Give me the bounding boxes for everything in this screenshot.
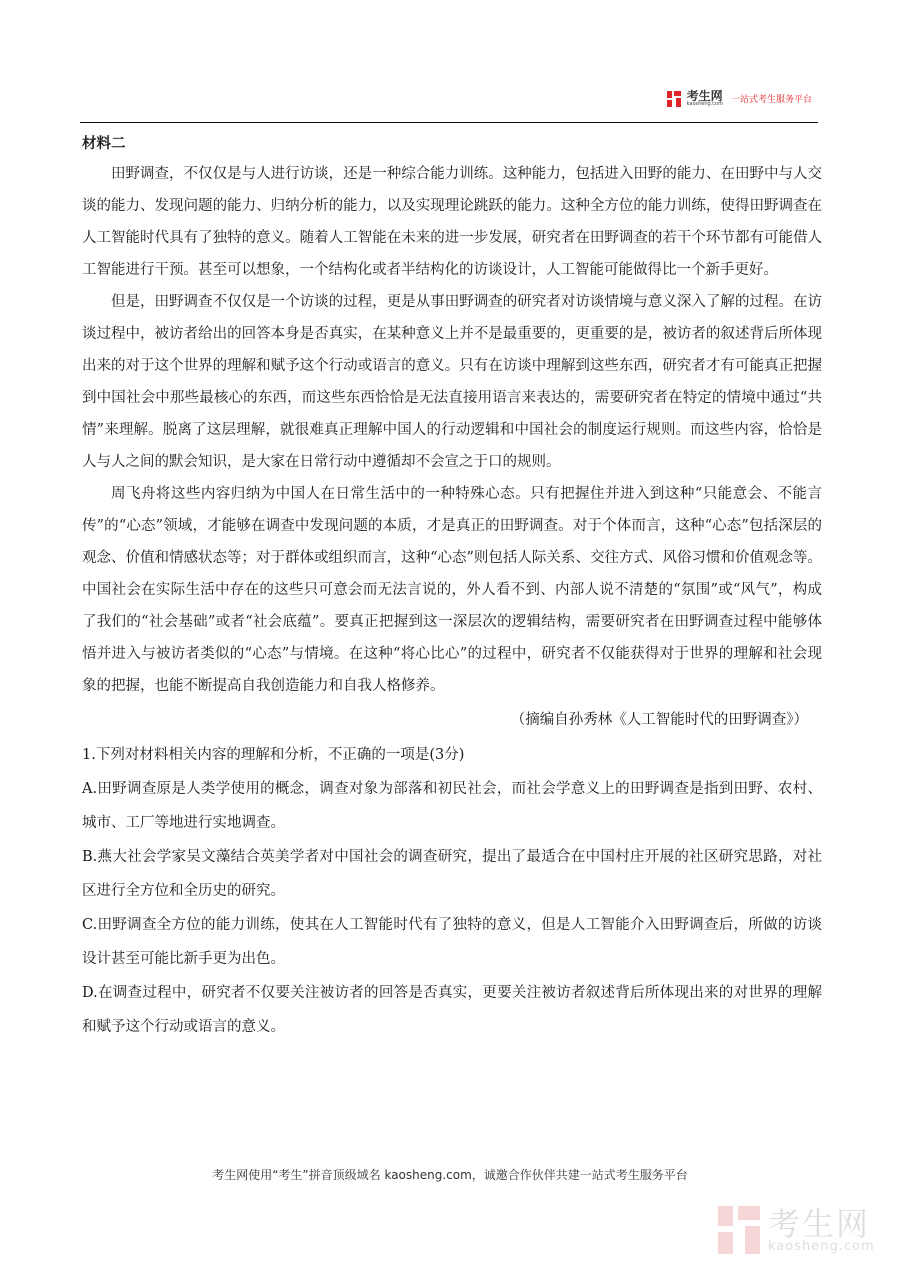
option-a: A.田野调查原是人类学使用的概念，调查对象为部落和初民社会，而社会学意义上的田野…: [82, 772, 822, 840]
watermark-logo: 考生网 kaosheng.com: [718, 1206, 875, 1254]
watermark-domain: kaosheng.com: [768, 1240, 875, 1253]
material-paragraph-1: 田野调查，不仅仅是与人进行访谈，还是一种综合能力训练。这种能力，包括进入田野的能…: [82, 158, 822, 286]
material-paragraph-3: 周飞舟将这些内容归纳为中国人在日常生活中的一种特殊心态。只有把握住并进入到这种“…: [82, 478, 822, 702]
watermark-name: 考生网: [768, 1208, 875, 1240]
page-header: 考生网 kaosheng.com 一站式考生服务平台: [80, 88, 818, 123]
footer-notice: 考生网使用“考生”拼音顶级域名 kaosheng.com，诚邀合作伙伴共建一站式…: [0, 1166, 900, 1183]
option-d: D.在调查过程中，研究者不仅要关注被访者的回答是否真实，更要关注被访者叙述背后所…: [82, 976, 822, 1044]
document-body: 材料二 田野调查，不仅仅是与人进行访谈，还是一种综合能力训练。这种能力，包括进入…: [82, 130, 822, 1044]
material-title: 材料二: [82, 130, 822, 158]
option-b: B.燕大社会学家吴文藻结合英美学者对中国社会的调查研究，提出了最适合在中国村庄开…: [82, 840, 822, 908]
option-c: C.田野调查全方位的能力训练，使其在人工智能时代有了独特的意义，但是人工智能介入…: [82, 908, 822, 976]
brand-logo: 考生网 kaosheng.com 一站式考生服务平台: [667, 90, 812, 107]
material-source: （摘编自孙秀林《人工智能时代的田野调查》）: [82, 702, 822, 738]
kaosheng-logo-icon: [667, 91, 681, 107]
material-paragraph-2: 但是，田野调查不仅仅是一个访谈的过程，更是从事田野调查的研究者对访谈情境与意义深…: [82, 286, 822, 478]
question-stem: 1.下列对材料相关内容的理解和分析，不正确的一项是(3分): [82, 738, 822, 772]
header-slogan: 一站式考生服务平台: [731, 92, 812, 105]
logo-domain: kaosheng.com: [687, 102, 723, 107]
watermark-logo-icon: [718, 1206, 760, 1254]
